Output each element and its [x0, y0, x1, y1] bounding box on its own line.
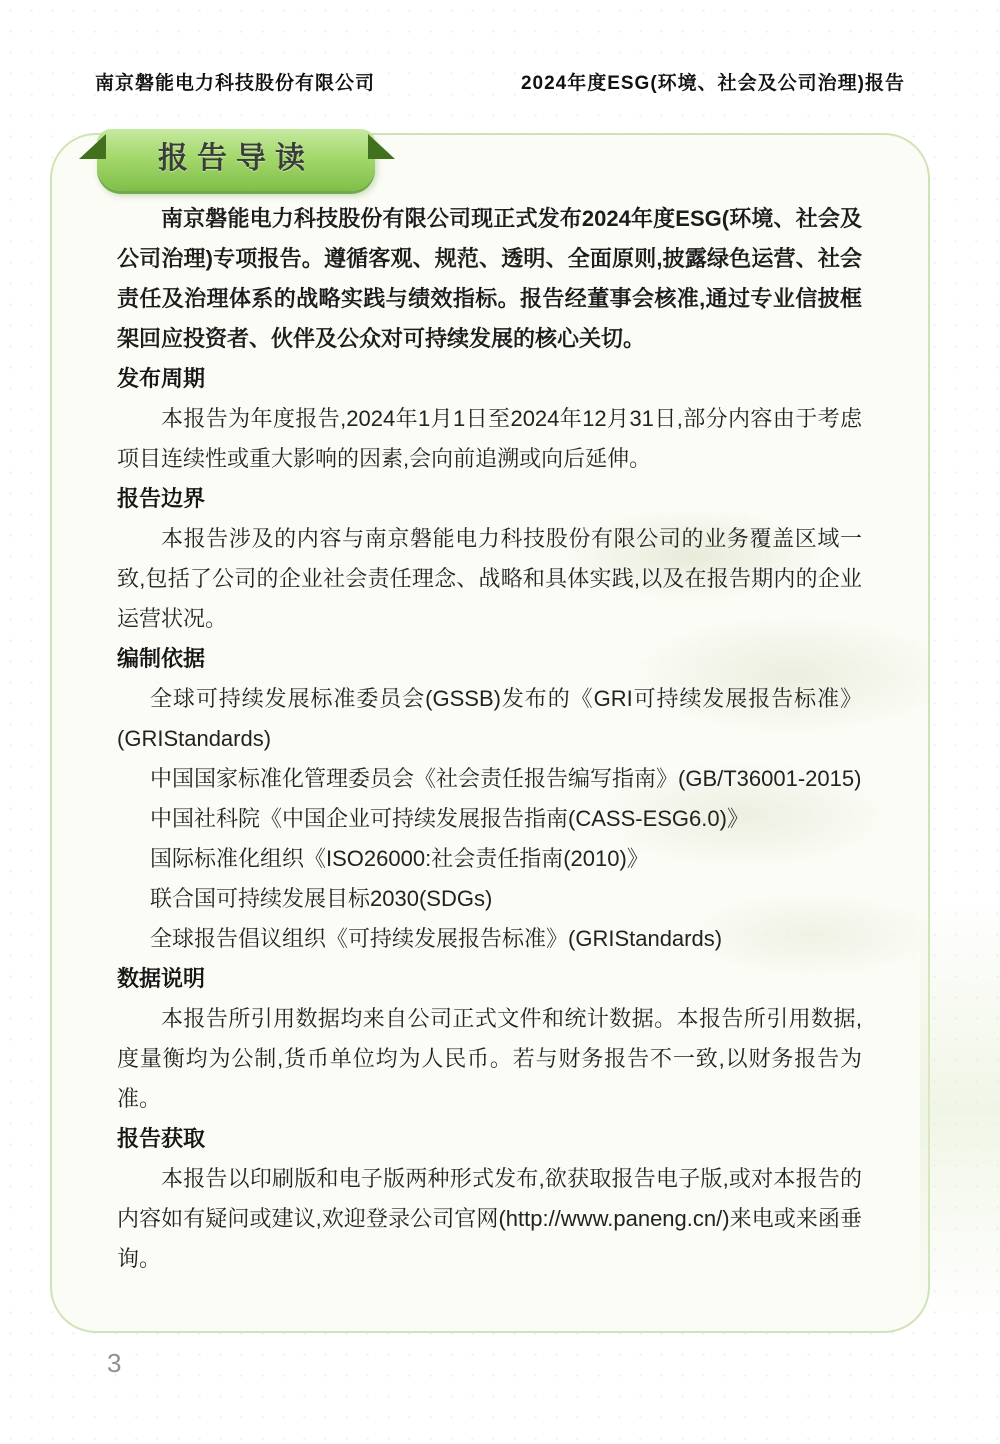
- section-heading-report-boundary: 报告边界: [117, 479, 862, 519]
- paragraph-data-notes: 本报告所引用数据均来自公司正式文件和统计数据。本报告所引用数据,度量衡均为公制,…: [117, 999, 862, 1119]
- section-heading-report-access: 报告获取: [117, 1119, 862, 1159]
- basis-item: 联合国可持续发展目标2030(SDGs): [117, 879, 862, 919]
- page-number: 3: [107, 1348, 121, 1379]
- report-body: 南京磐能电力科技股份有限公司现正式发布2024年度ESG(环境、社会及公司治理)…: [52, 135, 928, 1279]
- section-heading-compilation-basis: 编制依据: [117, 639, 862, 679]
- running-header: 南京磐能电力科技股份有限公司 2024年度ESG(环境、社会及公司治理)报告: [95, 68, 905, 95]
- section-heading-data-notes: 数据说明: [117, 959, 862, 999]
- intro-paragraph: 南京磐能电力科技股份有限公司现正式发布2024年度ESG(环境、社会及公司治理)…: [117, 199, 862, 359]
- content-box: 报告导读 南京磐能电力科技股份有限公司现正式发布2024年度ESG(环境、社会及…: [50, 133, 930, 1333]
- basis-item: 全球可持续发展标准委员会(GSSB)发布的《GRI可持续发展报告标准》(GRIS…: [117, 679, 862, 759]
- basis-item: 中国社科院《中国企业可持续发展报告指南(CASS-ESG6.0)》: [117, 799, 862, 839]
- basis-item: 全球报告倡议组织《可持续发展报告标准》(GRIStandards): [117, 919, 862, 959]
- header-report-title: 2024年度ESG(环境、社会及公司治理)报告: [521, 68, 905, 95]
- header-company-name: 南京磐能电力科技股份有限公司: [95, 68, 375, 95]
- paragraph-publication-cycle: 本报告为年度报告,2024年1月1日至2024年12月31日,部分内容由于考虑项…: [117, 399, 862, 479]
- report-page: 南京磐能电力科技股份有限公司 2024年度ESG(环境、社会及公司治理)报告 报…: [0, 0, 1000, 1444]
- basis-item: 中国国家标准化管理委员会《社会责任报告编写指南》(GB/T36001-2015): [117, 759, 862, 799]
- section-banner: 报告导读: [97, 129, 375, 191]
- basis-item: 国际标准化组织《ISO26000:社会责任指南(2010)》: [117, 839, 862, 879]
- section-heading-publication-cycle: 发布周期: [117, 359, 862, 399]
- paragraph-report-boundary: 本报告涉及的内容与南京磐能电力科技股份有限公司的业务覆盖区域一致,包括了公司的企…: [117, 519, 862, 639]
- section-banner-title: 报告导读: [158, 129, 314, 189]
- paragraph-report-access: 本报告以印刷版和电子版两种形式发布,欲获取报告电子版,或对本报告的内容如有疑问或…: [117, 1159, 862, 1279]
